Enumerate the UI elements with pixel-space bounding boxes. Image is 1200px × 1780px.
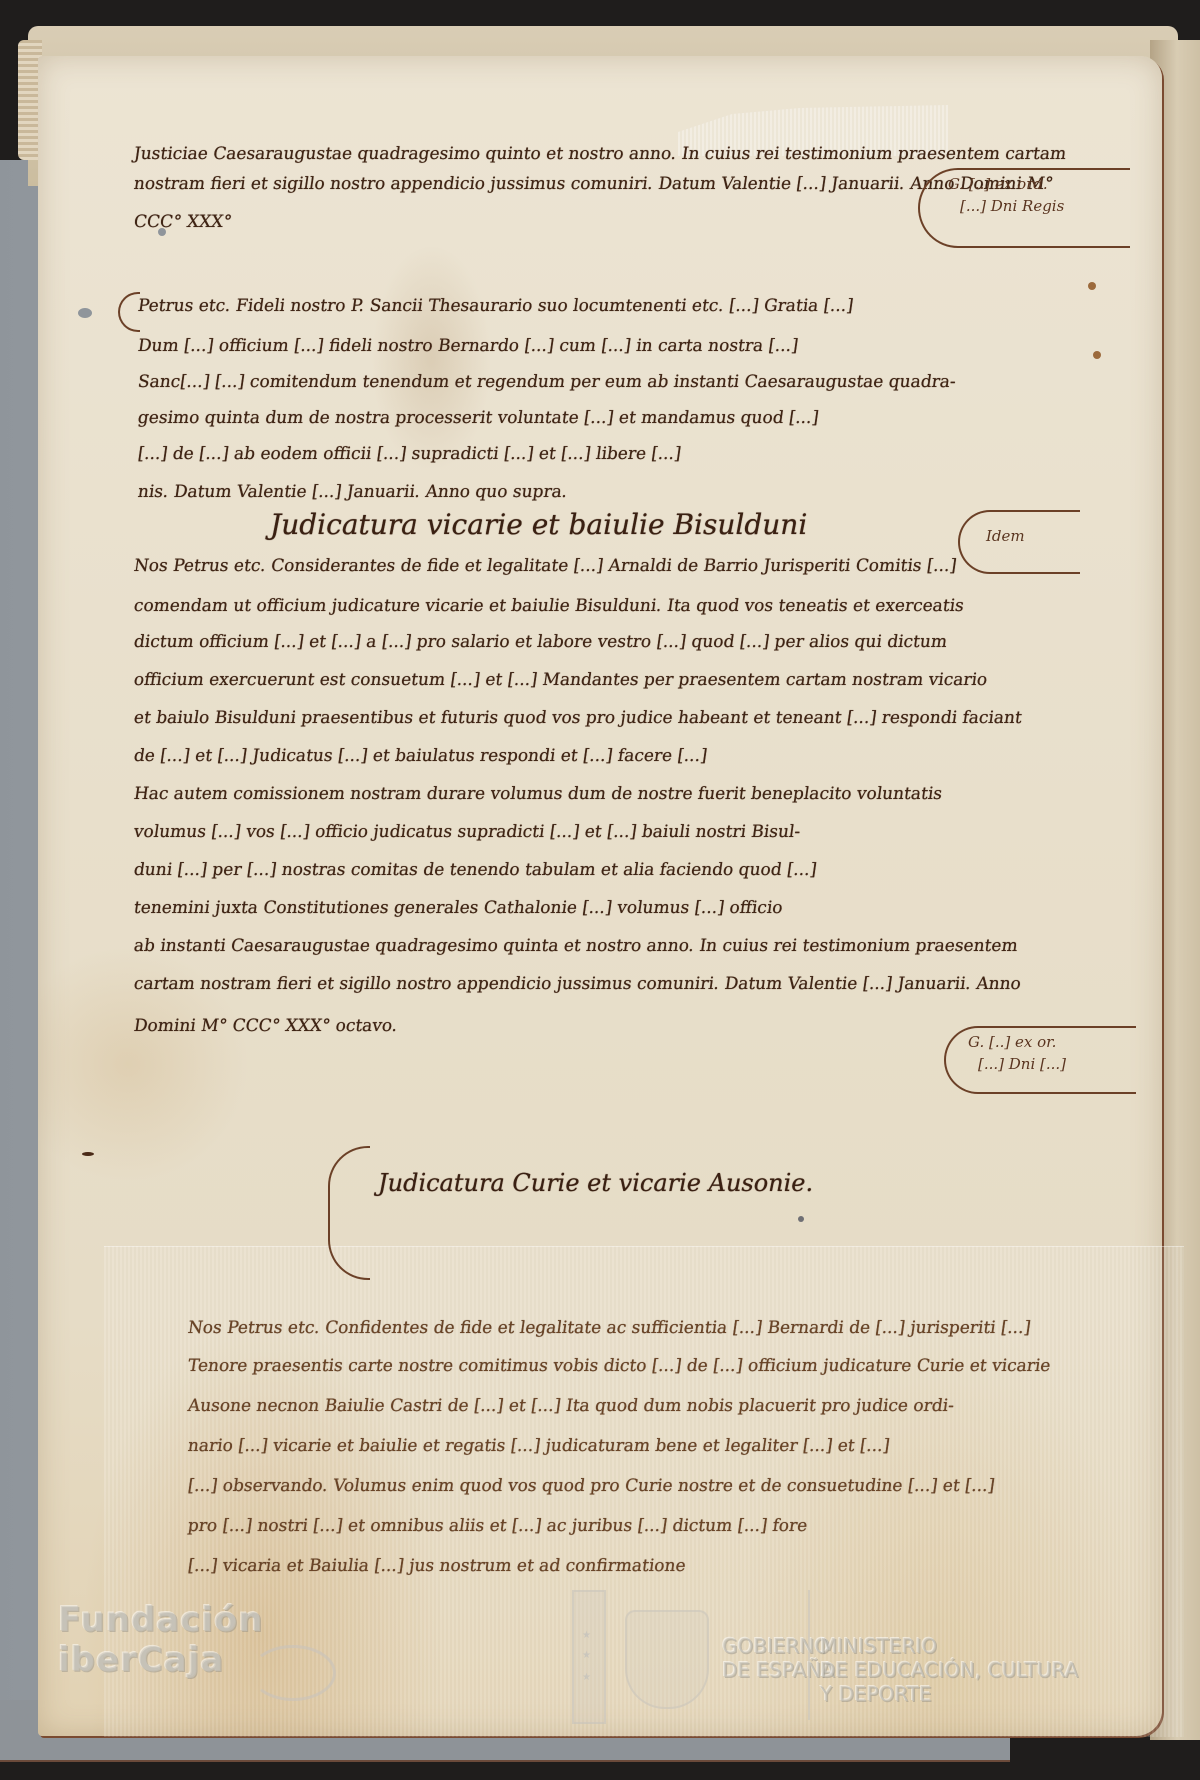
ink-stain	[798, 1216, 804, 1222]
manuscript-line: Tenore praesentis carte nostre comitimus…	[187, 1356, 1052, 1376]
watermark-line: GOBIERNO	[722, 1634, 835, 1658]
marginal-note: [...] Dni Regis	[960, 196, 1064, 216]
manuscript-line: Domini M° CCC° XXX° octavo.	[133, 1016, 399, 1036]
manuscript-line: et baiulo Bisulduni praesentibus et futu…	[133, 708, 1024, 728]
marginal-note: G. [..] ex ord.	[948, 174, 1048, 194]
marginal-note: Idem	[986, 526, 1025, 546]
star-icon: ★	[582, 1650, 591, 1661]
manuscript-line: [...] vicaria et Baiulia [...] jus nostr…	[187, 1556, 687, 1576]
ministry-watermark: MINISTERIO DE EDUCACIÓN, CULTURA Y DEPOR…	[820, 1634, 1078, 1706]
binding-hole	[78, 308, 92, 318]
manuscript-line: Nos Petrus etc. Confidentes de fide et l…	[187, 1318, 1032, 1338]
section-heading: Judicatura vicarie et baiulie Bisulduni	[270, 508, 807, 542]
manuscript-line: volumus [...] vos [...] officio judicatu…	[133, 822, 802, 842]
heading-bracket	[328, 1146, 370, 1280]
manuscript-line: nostram fieri et sigillo nostro appendic…	[133, 174, 1055, 194]
manuscript-line: cartam nostram fieri et sigillo nostro a…	[133, 974, 1023, 994]
spain-flag-icon: ★ ★ ★	[572, 1590, 606, 1724]
manuscript-line: CCC° XXX°	[133, 212, 234, 232]
manuscript-line: [...] de [...] ab eodem officii [...] su…	[137, 444, 683, 464]
manuscript-line: Sanc[...] [...] comitendum tenendum et r…	[137, 372, 958, 392]
manuscript-line: nario [...] vicarie et baiulie et regati…	[187, 1436, 891, 1456]
manuscript-line: [...] observando. Volumus enim quod vos …	[187, 1476, 996, 1496]
manuscript-line: Petrus etc. Fideli nostro P. Sancii Thes…	[137, 296, 855, 316]
manuscript-line: tenemini juxta Constitutiones generales …	[133, 898, 784, 918]
watermark-line: Fundación	[58, 1600, 264, 1640]
manuscript-line: de [...] et [...] Judicatus [...] et bai…	[133, 746, 709, 766]
section-heading: Judicatura Curie et vicarie Ausonie.	[378, 1166, 813, 1200]
manuscript-line: Ausone necnon Baiulie Castri de [...] et…	[187, 1396, 956, 1416]
ink-mark	[82, 1152, 94, 1156]
coat-of-arms-icon	[625, 1610, 709, 1709]
manuscript-line: nis. Datum Valentie [...] Januarii. Anno…	[137, 482, 569, 502]
manuscript-line: duni [...] per [...] nostras comitas de …	[133, 860, 818, 880]
ibercaja-watermark: Fundación iberCaja	[58, 1600, 264, 1680]
star-icon: ★	[582, 1672, 591, 1683]
manuscript-line: dictum officium [...] et [...] a [...] p…	[133, 632, 949, 652]
marginal-note: G. [..] ex or.	[968, 1032, 1056, 1052]
manuscript-line: officium exercuerunt est consuetum [...]…	[133, 670, 989, 690]
star-icon: ★	[582, 1630, 591, 1641]
watermark-line: DE EDUCACIÓN, CULTURA	[820, 1658, 1078, 1682]
watermark-divider	[808, 1590, 810, 1720]
manuscript-line: ab instanti Caesaraugustae quadragesimo …	[133, 936, 1019, 956]
manuscript-line: Hac autem comissionem nostram durare vol…	[133, 784, 944, 804]
watermark-line: iberCaja	[58, 1640, 264, 1680]
manuscript-line: gesimo quinta dum de nostra processerit …	[137, 408, 820, 428]
ink-stain	[1093, 351, 1101, 359]
watermark-line: Y DEPORTE	[820, 1682, 1078, 1706]
manuscript-line: Justiciae Caesaraugustae quadragesimo qu…	[133, 144, 1068, 164]
ink-stain	[1088, 282, 1096, 290]
ibercaja-logo-icon	[250, 1645, 336, 1701]
government-watermark: GOBIERNO DE ESPAÑA	[722, 1634, 835, 1682]
manuscript-line: pro [...] nostri [...] et omnibus aliis …	[187, 1516, 809, 1536]
manuscript-line: comendam ut officium judicature vicarie …	[133, 596, 966, 616]
watermark-line: DE ESPAÑA	[722, 1658, 835, 1682]
watermark-line: MINISTERIO	[820, 1634, 1078, 1658]
marginal-note: [...] Dni [...]	[978, 1054, 1066, 1074]
manuscript-folio: Justiciae Caesaraugustae quadragesimo qu…	[38, 56, 1162, 1736]
manuscript-line: Nos Petrus etc. Considerantes de fide et…	[133, 556, 958, 576]
manuscript-line: Dum [...] officium [...] fideli nostro B…	[137, 336, 800, 356]
